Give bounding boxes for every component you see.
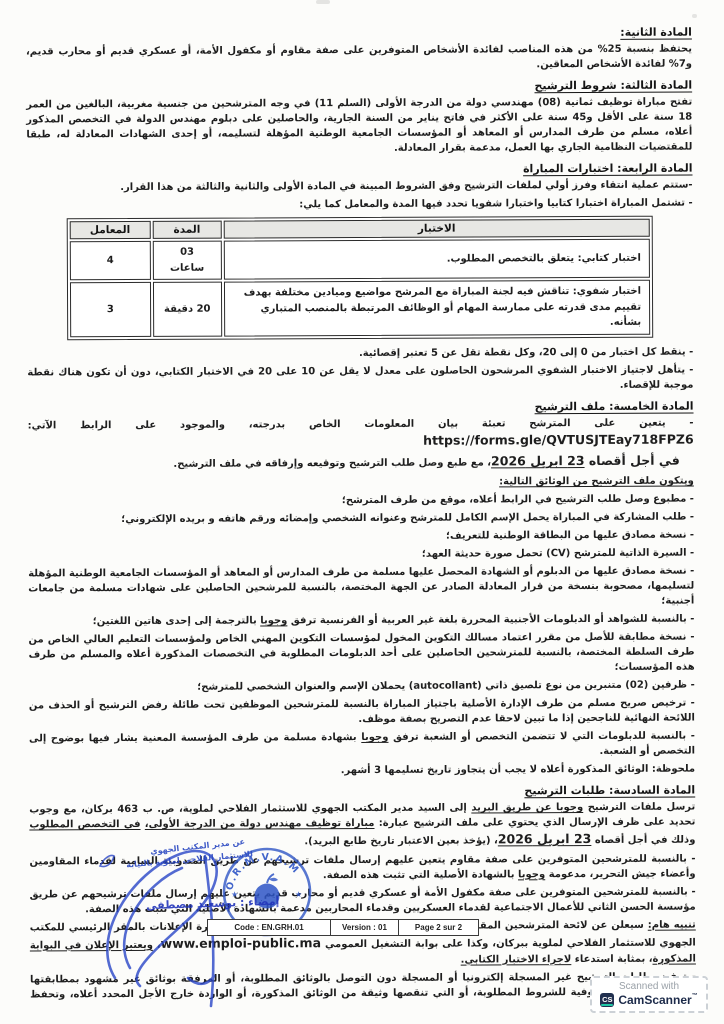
text-run: تفتح مباراة توظيف ثمانية (08) مهندسي دول… bbox=[26, 97, 692, 154]
inline-url-text: autocollant bbox=[413, 678, 477, 693]
doc-paragraph: - يتعين على المترشح تعبئة بيان المعلومات… bbox=[28, 415, 694, 452]
text-run: ، مع طبع وصل طلب الترشيح وتوقيعه وإرفاقه… bbox=[173, 458, 491, 470]
text-run: 03 ساعات bbox=[170, 247, 204, 274]
footer-reference-bar: Code : EN.GRH.01 Version : 01 Page 2 sur… bbox=[207, 919, 479, 936]
text-run: اختبار كتابي: bbox=[578, 253, 641, 264]
text-run: - تشتمل المباراة اختبارا كتابيا واختبارا… bbox=[299, 198, 692, 211]
text-run: ويتكون ملف الترشيح من الوثائق التالية: bbox=[499, 476, 694, 488]
table-cell: 03 ساعات bbox=[152, 241, 221, 280]
text-run: - يتعين على المترشح تعبئة بيان المعلومات… bbox=[28, 417, 694, 431]
text-run: اختبار شفوي: bbox=[573, 286, 641, 297]
exam-table-header: المعامل bbox=[70, 221, 151, 239]
camscanner-watermark: Scanned with CS CamScanner™ bbox=[590, 976, 708, 1013]
text-run: في أجل أقصاه bbox=[585, 453, 680, 468]
text-run: المادة الثالثة: شروط الترشيح bbox=[534, 79, 692, 93]
doc-paragraph: - بالنسبة للمترشحين المتوفرين على صفة مك… bbox=[30, 884, 696, 917]
text-run: - نسخة مصادق عليها من البطاقة الوطنية لل… bbox=[446, 530, 694, 542]
doc-paragraph: - ترخيص صريح مسلم من طرف الإدارة الأصلية… bbox=[29, 696, 695, 729]
text-run: - بالنسبة للشواهد أو الدبلومات الأجنبية … bbox=[287, 614, 694, 627]
text-run: ، (يؤخذ بعين الاعتبار تاريخ طابع البريد)… bbox=[304, 835, 498, 847]
article-heading: المادة الثالثة: شروط الترشيح bbox=[26, 79, 692, 95]
text-run: المادة الخامسة: ملف الترشيح bbox=[535, 399, 694, 413]
table-cell: اختبار شفوي: تناقش فيه لجنة المباراة مع … bbox=[224, 280, 651, 336]
table-row: اختبار كتابي: يتعلق بالتخصص المطلوب.03 س… bbox=[70, 239, 650, 281]
doc-paragraph: -ستتم عملية انتقاء وفرز أولي لملفات التر… bbox=[27, 178, 693, 196]
doc-paragraph: - بالنسبة للدبلومات التي لا تتضمن التخصص… bbox=[29, 729, 695, 762]
text-run: ، bbox=[153, 940, 161, 951]
text-run: المادة الرابعة: اختبارات المباراة bbox=[523, 162, 692, 176]
doc-paragraph: ويتكون ملف الترشيح من الوثائق التالية: bbox=[28, 474, 694, 492]
text-run: - نسخة مصادق عليها من الدبلوم أو الشهادة… bbox=[28, 566, 694, 607]
text-run: -ستتم عملية انتقاء وفرز أولي لملفات التر… bbox=[120, 180, 692, 193]
footer-page-number: Page 2 sur 2 bbox=[398, 920, 478, 935]
text-run: - يتأهل لاجتياز الاختبار الشفوي المرشحون… bbox=[27, 364, 693, 390]
text-run: وذلك في أجل أقصاه bbox=[591, 835, 695, 846]
exam-table-header: الاختبار bbox=[223, 219, 649, 239]
text-run: ، بمثابة استدعاء bbox=[571, 953, 652, 964]
scanned-with-label: Scanned with bbox=[596, 981, 702, 992]
doc-paragraph: - ظرفين (02) متنبرين من نوع تلصيق ذاتي (… bbox=[29, 678, 695, 696]
doc-paragraph: - ينقط كل اختبار من 0 إلى 20، وكل نقطة ت… bbox=[27, 344, 693, 362]
inline-url-text: www.emploi-public.ma bbox=[161, 934, 321, 953]
exam-table-header: المدة bbox=[152, 221, 221, 239]
text-run: بالترجمة إلى إحدى هاتين اللغتين؛ bbox=[93, 615, 260, 627]
doc-paragraph: - السيرة الذاتية للمترشح (CV) تحمل صورة … bbox=[28, 546, 694, 564]
trademark-symbol: ™ bbox=[692, 993, 698, 999]
camscanner-name-text: CamScanner bbox=[618, 993, 691, 1007]
footer-version: Version : 01 bbox=[330, 920, 398, 935]
text-run: المادة السادسة: طلبات الترشيح bbox=[524, 784, 695, 798]
scan-artifact bbox=[692, 14, 697, 18]
text-run: 20 دقيقة bbox=[164, 303, 210, 314]
doc-paragraph: - مطبوع وصل طلب الترشيح في الرابط أعلاه،… bbox=[28, 492, 694, 510]
text-run: الوثائق المذكورة أعلاه لا يجب أن يتجاوز … bbox=[341, 764, 652, 776]
scan-artifact bbox=[316, 0, 330, 4]
text-run: 3 bbox=[107, 304, 114, 315]
text-run: 23 ابريل 2026 bbox=[491, 453, 585, 468]
doc-paragraph: - نسخة مصادق عليها من البطاقة الوطنية لل… bbox=[28, 528, 694, 546]
text-run: - السيرة الذاتية للمترشح (CV) تحمل صورة … bbox=[422, 548, 694, 560]
text-run: - ظرفين (02) متنبرين من نوع تلصيق ذاتي ( bbox=[477, 680, 695, 692]
doc-paragraph: - يتأهل لاجتياز الاختبار الشفوي المرشحون… bbox=[27, 362, 693, 395]
text-run: يتعلق بالتخصص المطلوب. bbox=[447, 253, 578, 265]
text-run: ترسل ملفات الترشيح bbox=[583, 802, 695, 813]
text-run: - بالنسبة للدبلومات التي لا تتضمن التخصص… bbox=[388, 731, 695, 743]
exam-table: الاختبارالمدةالمعاملاختبار كتابي: يتعلق … bbox=[67, 216, 654, 340]
doc-paragraph: - بالنسبة للشواهد أو الدبلومات الأجنبية … bbox=[28, 612, 694, 630]
text-run: - نسخة مطابقة للأصل من مقرر اعتماد مسالك… bbox=[28, 632, 694, 673]
text-run: ) يحملان الإسم والعنوان الشخصي للمترشح؛ bbox=[197, 681, 413, 693]
text-run: وجوبا bbox=[518, 869, 545, 880]
text-run: - ترخيص صريح مسلم من طرف الإدارة الأصلية… bbox=[29, 698, 695, 725]
table-cell: 20 دقيقة bbox=[153, 282, 222, 337]
doc-paragraph: تفتح مباراة توظيف ثمانية (08) مهندسي دول… bbox=[26, 95, 692, 158]
text-run: المادة الثانية: bbox=[620, 26, 692, 39]
text-run: - بالنسبة للمترشحين المتوفرين على صفة مك… bbox=[30, 886, 696, 915]
text-run: - ينقط كل اختبار من 0 إلى 20، وكل نقطة ت… bbox=[359, 346, 693, 358]
text-run: وجوبا عن طريق البريد bbox=[471, 802, 583, 813]
doc-paragraph: - تشتمل المباراة اختبارا كتابيا واختبارا… bbox=[27, 196, 693, 214]
doc-paragraph: - نسخة مصادق عليها من الدبلوم أو الشهادة… bbox=[28, 564, 694, 612]
text-run: في التخصص المطلوب bbox=[29, 819, 140, 830]
text-run: يحتفظ بنسبة 25% من هذه المناصب لفائدة ال… bbox=[26, 44, 692, 71]
footer-code: Code : EN.GRH.01 bbox=[208, 920, 330, 935]
inline-url-text: https://forms.gle/QVTUSJTEay718FPZ6 bbox=[423, 430, 694, 450]
camscanner-logo-icon: CS bbox=[600, 993, 614, 1007]
table-row: اختبار شفوي: تناقش فيه لجنة المباراة مع … bbox=[70, 280, 650, 337]
doc-paragraph: - طلب المشاركة في المباراة يحمل الإسم ال… bbox=[28, 510, 694, 528]
doc-body: المادة الثانية:يحتفظ بنسبة 25% من هذه ال… bbox=[26, 19, 696, 1020]
scanned-document-page: المادة الثانية:يحتفظ بنسبة 25% من هذه ال… bbox=[0, 0, 724, 1024]
text-run: - طلب المشاركة في المباراة يحمل الإسم ال… bbox=[121, 512, 694, 525]
doc-paragraph: ترسل ملفات الترشيح وجوبا عن طريق البريد … bbox=[29, 800, 695, 852]
table-cell: اختبار كتابي: يتعلق بالتخصص المطلوب. bbox=[224, 239, 650, 280]
text-run: لاجراء الاختبار الكتابي. bbox=[461, 954, 572, 965]
camscanner-name: CamScanner™ bbox=[618, 993, 697, 1007]
table-cell: 3 bbox=[70, 282, 151, 337]
text-run: تنبيه هام: bbox=[648, 919, 696, 930]
doc-paragraph: - نسخة مطابقة للأصل من مقرر اعتماد مسالك… bbox=[28, 630, 694, 678]
text-run: وجوبا bbox=[260, 615, 287, 626]
article-heading: المادة الخامسة: ملف الترشيح bbox=[27, 399, 693, 415]
article-heading: المادة الثانية: bbox=[26, 26, 692, 42]
text-run: - مطبوع وصل طلب الترشيح في الرابط أعلاه،… bbox=[342, 494, 694, 507]
article-heading: المادة الرابعة: اختبارات المباراة bbox=[26, 162, 692, 178]
doc-paragraph: ملحوظة: الوثائق المذكورة أعلاه لا يجب أن… bbox=[29, 762, 695, 780]
text-run: 23 ابريل 2026 bbox=[498, 831, 592, 846]
article-heading: المادة السادسة: طلبات الترشيح bbox=[29, 784, 695, 800]
doc-paragraph: يحتفظ بنسبة 25% من هذه المناصب لفائدة ال… bbox=[26, 42, 692, 75]
table-cell: 4 bbox=[70, 241, 151, 280]
doc-paragraph: في أجل أقصاه 23 ابريل 2026، مع طبع وصل ط… bbox=[28, 452, 694, 474]
text-run: ملحوظة: bbox=[652, 764, 695, 775]
text-run: 4 bbox=[107, 255, 114, 266]
text-run: بالشهادة الأصلية التي تثبت هذه الصفة. bbox=[323, 869, 518, 881]
text-run: مباراة توظيف مهندس دولة من الدرجة الأولى… bbox=[145, 818, 375, 830]
text-run: وجوبا bbox=[361, 732, 388, 743]
